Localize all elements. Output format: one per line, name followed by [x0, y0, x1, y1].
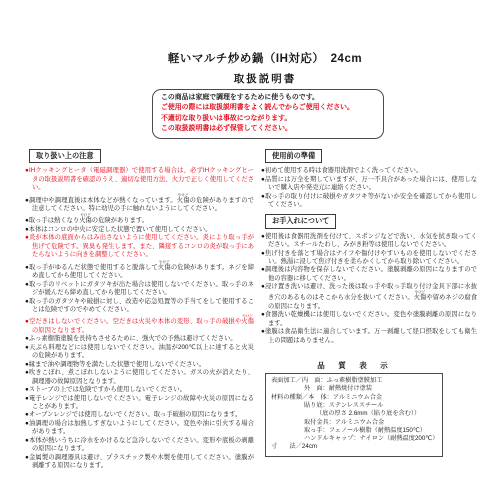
notice-line: 不適切な取り扱いは事故につながります。 — [161, 114, 375, 124]
manual-title: 取扱説明書 — [60, 71, 470, 86]
notice-line: ご使用の際には取扱説明書をよく読んでからご使用ください。 — [161, 103, 375, 113]
bullet-item: ●縁まで油や調理物等を満たした状態で使用しないでください。 — [25, 361, 254, 369]
bullet-item: ●取っ手の取り付けに破損やガタツキ等がないか安全を確認してから使用してください。 — [261, 193, 477, 210]
bullet-item: ●使用後は食器用洗剤を付けて、スポンジなどで洗い、水気を拭き取ってください。スチ… — [261, 233, 477, 250]
bullet-item: ●取っ手のリベットにガタツキが出た場合は使用しないでください。取っ手のネジが緩ん… — [25, 281, 254, 298]
bullet-item: ●吹きこぼれ、煮こぼれしないように使用してください。ガスの火が消えたり、調理器の… — [25, 369, 254, 386]
quality-row: （底の厚さ 2.6mm（貼り底を含む）） — [269, 410, 439, 418]
care-heading: お手入れについて — [265, 214, 336, 228]
bullet-item: ●ふっ素樹脂塗膜を長持ちさせるために、強火での予熱は避けてください。 — [25, 335, 254, 343]
bullet-item: ●浸け置き洗いは避け、洗った後は取っ手や取っ手取り付け金具下部に水抜き穴のあるも… — [261, 283, 477, 311]
quality-row: 取っ手：フェノール樹脂（耐熱温度150℃） — [269, 427, 439, 435]
product-title: 軽いマルチ炒め鍋（IH対応） 24cm — [60, 50, 470, 66]
caution-heading: 取り扱い上の注意 — [29, 149, 101, 163]
content-columns: 取り扱い上の注意 ●IHクッキングヒータ（電磁調理器）で使用する場合は、必ずIH… — [25, 145, 477, 471]
notice-box: この商品は家庭で調理をするために使うものです。ご使用の際には取扱説明書をよく読ん… — [152, 89, 384, 139]
bullet-item: ●初めて使用する時は食器用洗剤でよく洗ってください。 — [261, 167, 477, 175]
bullet-item: ●天ぷら料理などには使用しないでください。油温が200℃以上に達すると火災の危険… — [25, 344, 254, 361]
bullet-item: ●取っ手のガタツキや破損に対し、改造や応急処置等の手当てをして使用することは危険… — [25, 298, 254, 315]
bullet-item: ●塗膜は食品衛生法に適合しています。万一剥離して経口摂取をしても衛生上の問題はあ… — [261, 328, 477, 345]
preparation-list: ●初めて使用する時は食器用洗剤でよく洗ってください。●品質には万全を期しています… — [261, 167, 477, 209]
manual-page: 軽いマルチ炒め鍋（IH対応） 24cm 取扱説明書 この商品は家庭で調理をするた… — [0, 0, 500, 500]
quality-table: 表面加工／内 面：ふっ素樹脂塗膜加工外 面：耐熱焼付け塗装材料の種類／本 体：ア… — [265, 373, 443, 457]
caution-list: ●IHクッキングヒータ（電磁調理器）で使用する場合は、必ずIHクッキングヒータの… — [25, 167, 254, 470]
notice-line: この商品は家庭で調理をするために使うものです。 — [161, 93, 375, 103]
caution-section: 取り扱い上の注意 ●IHクッキングヒータ（電磁調理器）で使用する場合は、必ずIH… — [25, 145, 254, 471]
bullet-item: ●取っ手は熱くなり火傷やけどの危険があります。 — [25, 213, 254, 225]
bullet-item: ●焦げ付きを落とす場合はナイフや傷付けやすいものを使用しないでください。熱湯に浸… — [261, 250, 477, 267]
care-list: ●使用後は食器用洗剤を付けて、スポンジなどで洗い、水気を拭き取ってください。スチ… — [261, 233, 477, 345]
quality-row: 外 面：耐熱焼付け塗装 — [269, 385, 439, 393]
bullet-item: ●ストーブの上では危険ですから使用しないでください。 — [25, 386, 254, 394]
notice-line: この取扱説明書は必ず保管してください。 — [161, 124, 375, 134]
bullet-item: ●品質には万全を期していますが、万一不具合があった場合には、使用しないで購入店や… — [261, 176, 477, 193]
bullet-item: ●炎が本体の底面からはみ出さないように使用してください。炎により取っ手が焦げて危… — [25, 234, 254, 259]
right-column: 使用前の準備 ●初めて使用する時は食器用洗剤でよく洗ってください。●品質には万全… — [261, 145, 477, 457]
bullet-item: ●オーブンレンジでは使用しないでください。取っ手破損の原因になります。 — [25, 411, 254, 419]
quality-row: 寸 法／24cm — [269, 443, 439, 451]
bullet-item: ●調理後は内容物を保存しないでください。塗膜剥離の原因になりますので他の容器に移… — [261, 266, 477, 283]
bullet-item: ●IHクッキングヒータ（電磁調理器）で使用する場合は、必ずIHクッキングヒータの… — [25, 167, 254, 192]
quality-row: 取付金具：アルミニウム合金 — [269, 419, 439, 427]
bullet-item: ●空だきはしないでください。空だきは火災や本体の変形、取っ手の破損や火傷やけどの… — [25, 314, 254, 335]
bullet-item: ●取っ手がゆるんだ状態で使用すると脱落して火傷やけどの危険があります。ネジを締め… — [25, 260, 254, 281]
bullet-item: ●油調理の場合は加熱しすぎないようにしてください。変色や油に引火する場合がありま… — [25, 420, 254, 437]
preparation-heading: 使用前の準備 — [265, 149, 322, 163]
bullet-item: ●金属製の調理器具は避け、プラスチック製や木製を使用してください。塗膜が剥離する… — [25, 454, 254, 471]
bullet-item: ●本体が熱いうちに冷水をかけるなど急冷しないでください。変形や底板の剥離の原因に… — [25, 437, 254, 454]
quality-row: 材料の種類／本 体：アルミニウム合金 — [269, 394, 439, 402]
bullet-item: ●食器洗い乾燥機には使用しないでください。変色や塗膜剥離の原因になります。 — [261, 311, 477, 328]
bullet-item: ●電子レンジでは使用しないでください。電子レンジの故障や火災の原因になることがあ… — [25, 395, 254, 412]
bullet-item: ●調理中や調理直後は本体などが熱くなっています。火傷やけどの危険がありますので注… — [25, 193, 254, 214]
quality-heading: 品 質 表 示 — [265, 360, 443, 371]
